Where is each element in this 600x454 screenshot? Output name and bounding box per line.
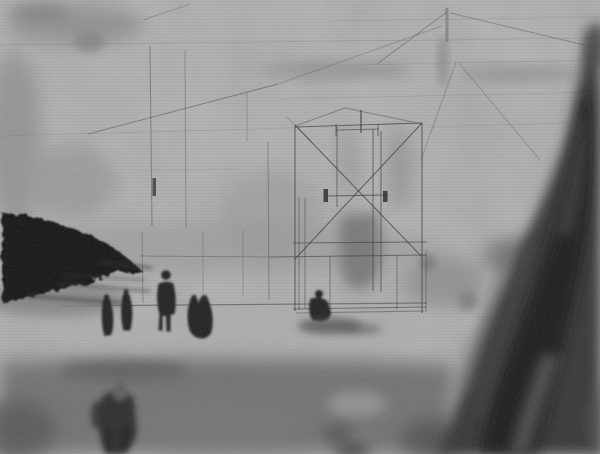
xray-detail-photograph xyxy=(0,0,600,454)
painting-xray-image xyxy=(0,0,600,454)
fine-grain-texture xyxy=(0,0,600,454)
